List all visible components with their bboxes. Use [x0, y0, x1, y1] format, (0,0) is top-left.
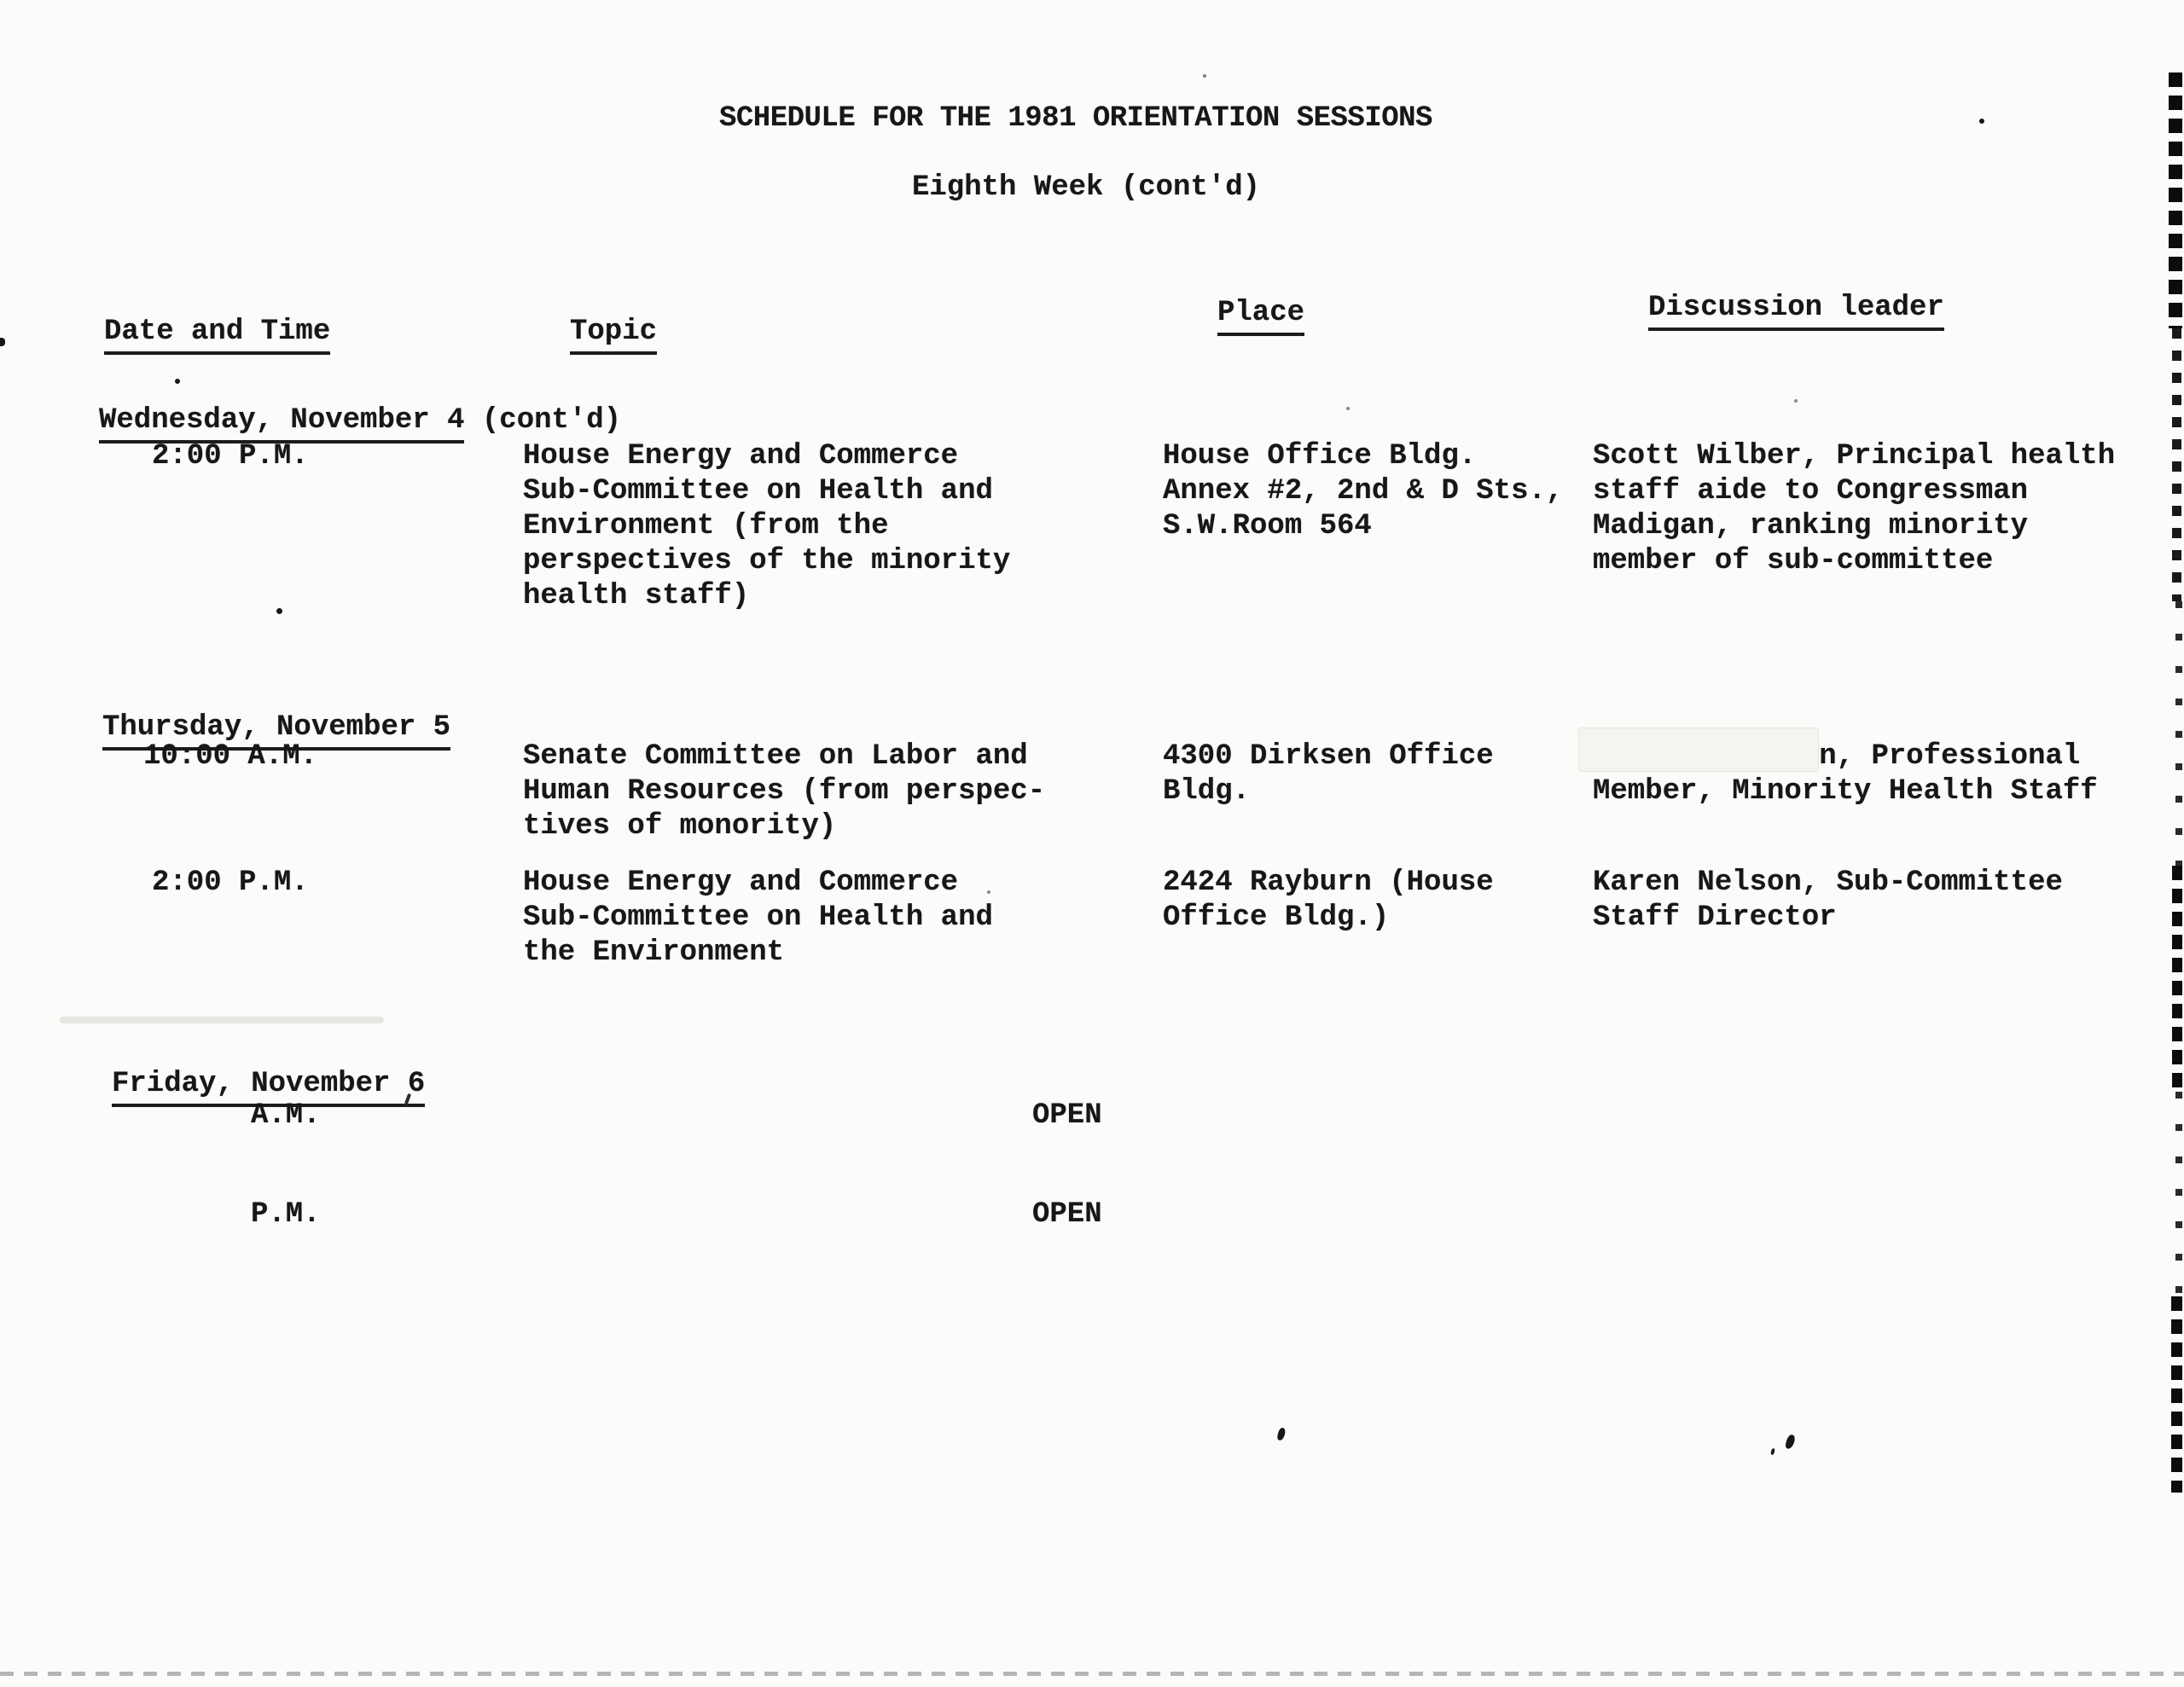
schedule-row-leader: Karen Nelson, Sub-Committee Staff Direct…: [1593, 866, 2156, 936]
column-header-place: Place: [1217, 261, 1304, 331]
open-row-time: P.M.: [251, 1197, 321, 1232]
schedule-row-time: 2:00 P.M.: [152, 439, 309, 474]
scanned-schedule-page: SCHEDULE FOR THE 1981 ORIENTATION SESSIO…: [0, 0, 2184, 1687]
page-subtitle: Eighth Week (cont'd): [912, 171, 1260, 206]
column-header-discussion-leader: Discussion leader: [1648, 256, 1944, 326]
schedule-row-time: 2:00 P.M.: [152, 866, 309, 901]
schedule-row-time: 10:00 A.M.: [143, 739, 317, 774]
section-heading-wednesday-underlined: Wednesday, November 4: [99, 404, 464, 443]
scan-artifact-ink-blot: [1276, 1427, 1286, 1441]
column-header-date-time: Date and Time: [104, 280, 330, 350]
scan-artifact-whiteout: [1578, 728, 1819, 772]
open-row-status: OPEN: [1032, 1099, 1102, 1133]
section-heading-friday: Friday, November 6: [112, 1032, 425, 1102]
schedule-row-place: 4300 Dirksen Office Bldg.: [1163, 739, 1589, 809]
column-header-topic: Topic: [570, 280, 657, 350]
scan-artifact-right-edge: [2169, 72, 2182, 328]
schedule-row-topic: House Energy and Commerce Sub-Committee …: [523, 866, 1171, 971]
schedule-row-topic: House Energy and Commerce Sub-Committee …: [523, 439, 1171, 614]
scan-artifact-right-edge: [2175, 1092, 2182, 1296]
scan-artifact-speck: [1979, 119, 1984, 124]
scan-artifact-speck: [175, 379, 180, 384]
scan-artifact-edge-nub: [0, 338, 5, 346]
scan-artifact-speck: [987, 890, 990, 894]
scan-artifact-ink-blot: [1785, 1434, 1797, 1450]
scan-artifact-speck: [1770, 1448, 1775, 1456]
column-header-place-label: Place: [1217, 297, 1304, 336]
scan-artifact-speck: [276, 608, 282, 614]
section-heading-thursday: Thursday, November 5: [102, 675, 450, 745]
scan-artifact-speck: [1203, 74, 1206, 78]
scan-artifact-speck: [1794, 399, 1798, 403]
schedule-row-topic: Senate Committee on Labor and Human Reso…: [523, 739, 1171, 844]
schedule-row-leader: Scott Wilber, Principal health staff aid…: [1593, 439, 2156, 579]
schedule-row-place: House Office Bldg. Annex #2, 2nd & D Sts…: [1163, 439, 1589, 544]
scan-artifact-speck: [1346, 407, 1350, 410]
open-row-time: A.M.: [251, 1099, 321, 1133]
section-heading-wednesday-suffix: (cont'd): [464, 404, 621, 437]
schedule-row-place: 2424 Rayburn (House Office Bldg.): [1163, 866, 1589, 936]
scan-artifact-smudge: [60, 1017, 384, 1023]
scan-artifact-right-edge: [2172, 328, 2181, 601]
column-header-date-time-label: Date and Time: [104, 316, 330, 355]
scan-artifact-right-edge: [2171, 1296, 2182, 1493]
scan-artifact-right-edge: [2175, 601, 2182, 866]
page-title: SCHEDULE FOR THE 1981 ORIENTATION SESSIO…: [719, 101, 1432, 136]
scan-artifact-right-edge: [2172, 866, 2182, 1092]
column-header-topic-label: Topic: [570, 316, 657, 355]
scan-artifact-bottom-line: [0, 1672, 2184, 1676]
open-row-status: OPEN: [1032, 1197, 1102, 1232]
column-header-discussion-leader-label: Discussion leader: [1648, 292, 1944, 331]
